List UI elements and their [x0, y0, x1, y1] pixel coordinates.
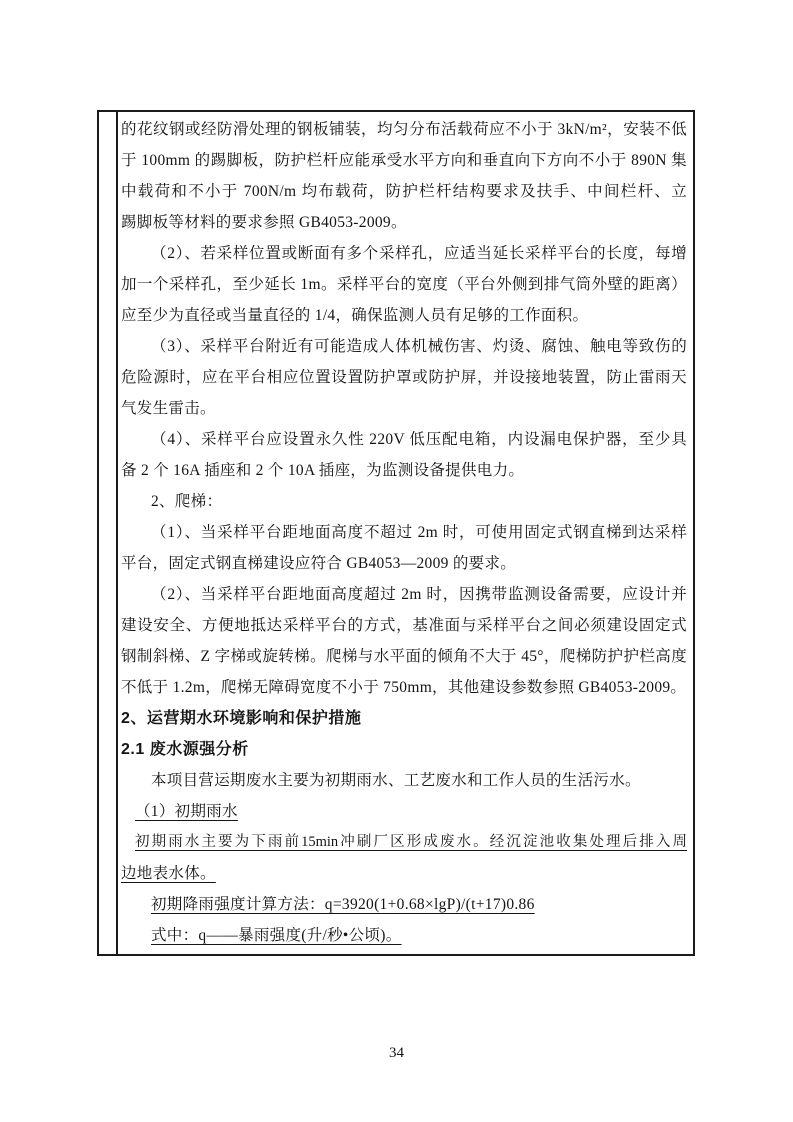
text-line: 平台，固定式钢直梯建设应符合 GB4053—2009 的要求。: [121, 548, 687, 579]
text-line: 2、爬梯：: [121, 486, 687, 517]
text-line: 中载荷和不小于 700N/m 均布载荷，防护栏杆结构要求及扶手、中间栏杆、立柱、: [121, 176, 687, 207]
text-line: 初期雨水主要为下雨前15min冲刷厂区形成废水。经沉淀池收集处理后排入周: [121, 827, 687, 858]
text-line: 初期降雨强度计算方法：q=3920(1+0.68×lgP)/(t+17)0.86: [121, 889, 687, 920]
heading-line: 2、运营期水环境影响和保护措施: [121, 703, 687, 734]
line-text: 初期雨水主要为下雨前15min冲刷厂区形成废水。经沉淀池收集处理后排入周: [135, 834, 687, 850]
line-text: 本项目营运期废水主要为初期雨水、工艺废水和工作人员的生活污水。: [151, 772, 641, 789]
line-text: 初期降雨强度计算方法：q=3920(1+0.68×lgP)/(t+17)0.86: [151, 896, 535, 913]
text-line: 加一个采样孔，至少延长 1m。采样平台的宽度（平台外侧到排气筒外壁的距离）: [121, 269, 687, 300]
line-text: （2）、若采样位置或断面有多个采样孔，应适当延长采样平台的长度，每增: [151, 245, 687, 262]
content-table: 的花纹钢或经防滑处理的钢板铺装，均匀分布活载荷应不小于 3kN/m²，安装不低于…: [97, 110, 695, 956]
page-number: 34: [0, 1045, 793, 1062]
document-page: 的花纹钢或经防滑处理的钢板铺装，均匀分布活载荷应不小于 3kN/m²，安装不低于…: [0, 0, 793, 1122]
line-text: 应至少为直径或当量直径的 1/4，确保监测人员有足够的工作面积。: [121, 307, 588, 324]
table-stub-column: [99, 112, 118, 954]
text-line: 钢制斜梯、Z 字梯或旋转梯。爬梯与水平面的倾角不大于 45°，爬梯防护护栏高度: [121, 641, 687, 672]
text-line: （1）、当采样平台距地面高度不超过 2m 时，可使用固定式钢直梯到达采样: [121, 517, 687, 548]
line-text: 平台，固定式钢直梯建设应符合 GB4053—2009 的要求。: [121, 555, 516, 572]
line-text: 踢脚板等材料的要求参照 GB4053-2009。: [121, 214, 407, 231]
line-text: 边地表水体。: [121, 865, 216, 882]
text-line: （4）、采样平台应设置永久性 220V 低压配电箱，内设漏电保护器，至少具: [121, 424, 687, 455]
text-line: 的花纹钢或经防滑处理的钢板铺装，均匀分布活载荷应不小于 3kN/m²，安装不低: [121, 114, 687, 145]
text-line: 建设安全、方便地抵达采样平台的方式，基准面与采样平台之间必须建设固定式: [121, 610, 687, 641]
text-line: 式中：q——暴雨强度(升/秒•公顷)。: [121, 920, 687, 951]
line-text: 加一个采样孔，至少延长 1m。采样平台的宽度（平台外侧到排气筒外壁的距离）: [121, 276, 687, 293]
line-text: 气发生雷击。: [121, 400, 216, 417]
text-line: 危险源时，应在平台相应位置设置防护罩或防护屏，并设接地装置，防止雷雨天: [121, 362, 687, 393]
text-line: （3）、采样平台附近有可能造成人体机械伤害、灼烫、腐蚀、触电等致伤的: [121, 331, 687, 362]
text-line: （2）、当采样平台距地面高度超过 2m 时，因携带监测设备需要，应设计并: [121, 579, 687, 610]
line-text: 2、爬梯：: [151, 493, 222, 510]
text-line: 气发生雷击。: [121, 393, 687, 424]
text-line: （2）、若采样位置或断面有多个采样孔，应适当延长采样平台的长度，每增: [121, 238, 687, 269]
line-text: 中载荷和不小于 700N/m 均布载荷，防护栏杆结构要求及扶手、中间栏杆、立柱、: [121, 183, 687, 207]
text-line: 边地表水体。: [121, 858, 687, 889]
line-text: 不低于 1.2m，爬梯无障碍宽度不小于 750mm，其他建设参数参照 GB405…: [121, 679, 686, 696]
text-line: （1）初期雨水: [121, 796, 687, 827]
line-text: 式中：q——暴雨强度(升/秒•公顷)。: [151, 927, 402, 944]
line-text: 2、运营期水环境影响和保护措施: [121, 710, 361, 727]
text-line: 应至少为直径或当量直径的 1/4，确保监测人员有足够的工作面积。: [121, 300, 687, 331]
table-main-cell: 的花纹钢或经防滑处理的钢板铺装，均匀分布活载荷应不小于 3kN/m²，安装不低于…: [118, 112, 693, 954]
line-text: （1）初期雨水: [135, 803, 238, 820]
heading-line: 2.1 废水源强分析: [121, 734, 687, 765]
line-text: （2）、当采样平台距地面高度超过 2m 时，因携带监测设备需要，应设计并: [151, 586, 687, 603]
text-line: 于 100mm 的踢脚板，防护栏杆应能承受水平方向和垂直向下方向不小于 890N…: [121, 145, 687, 176]
text-line: 踢脚板等材料的要求参照 GB4053-2009。: [121, 207, 687, 238]
text-line: 备 2 个 16A 插座和 2 个 10A 插座，为监测设备提供电力。: [121, 455, 687, 486]
line-text: （4）、采样平台应设置永久性 220V 低压配电箱，内设漏电保护器，至少具: [151, 431, 687, 448]
line-text: 的花纹钢或经防滑处理的钢板铺装，均匀分布活载荷应不小于 3kN/m²，安装不低: [121, 121, 687, 138]
line-text: 建设安全、方便地抵达采样平台的方式，基准面与采样平台之间必须建设固定式: [121, 617, 687, 634]
document-lines: 的花纹钢或经防滑处理的钢板铺装，均匀分布活载荷应不小于 3kN/m²，安装不低于…: [121, 114, 687, 951]
line-text: （3）、采样平台附近有可能造成人体机械伤害、灼烫、腐蚀、触电等致伤的: [151, 338, 687, 355]
line-text: （1）、当采样平台距地面高度不超过 2m 时，可使用固定式钢直梯到达采样: [151, 524, 687, 541]
line-text: 危险源时，应在平台相应位置设置防护罩或防护屏，并设接地装置，防止雷雨天: [121, 369, 687, 386]
line-text: 钢制斜梯、Z 字梯或旋转梯。爬梯与水平面的倾角不大于 45°，爬梯防护护栏高度: [121, 648, 687, 665]
line-text: 2.1 废水源强分析: [121, 741, 249, 758]
line-text: 于 100mm 的踢脚板，防护栏杆应能承受水平方向和垂直向下方向不小于 890N…: [121, 152, 687, 169]
line-text: 备 2 个 16A 插座和 2 个 10A 插座，为监测设备提供电力。: [121, 462, 524, 479]
text-line: 不低于 1.2m，爬梯无障碍宽度不小于 750mm，其他建设参数参照 GB405…: [121, 672, 687, 703]
text-line: 本项目营运期废水主要为初期雨水、工艺废水和工作人员的生活污水。: [121, 765, 687, 796]
